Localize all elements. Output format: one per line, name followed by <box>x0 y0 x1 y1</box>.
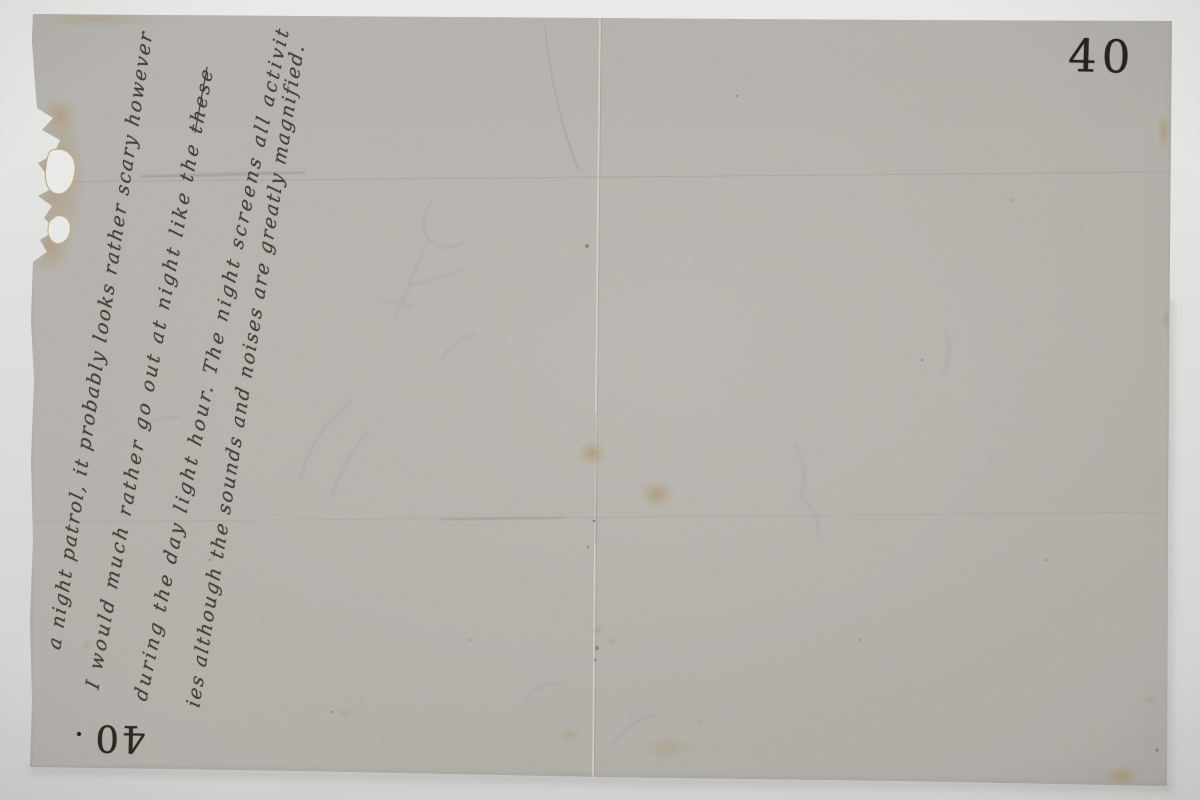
page-number-bottom-left-inverted: 40 <box>84 715 155 762</box>
photographed-manuscript-page: a night patrol, it probably looks rather… <box>0 0 1200 800</box>
paper-photo-svg <box>0 0 1200 800</box>
page-number-top-right: 40 <box>1067 29 1149 91</box>
photo-vignette <box>0 0 1200 800</box>
